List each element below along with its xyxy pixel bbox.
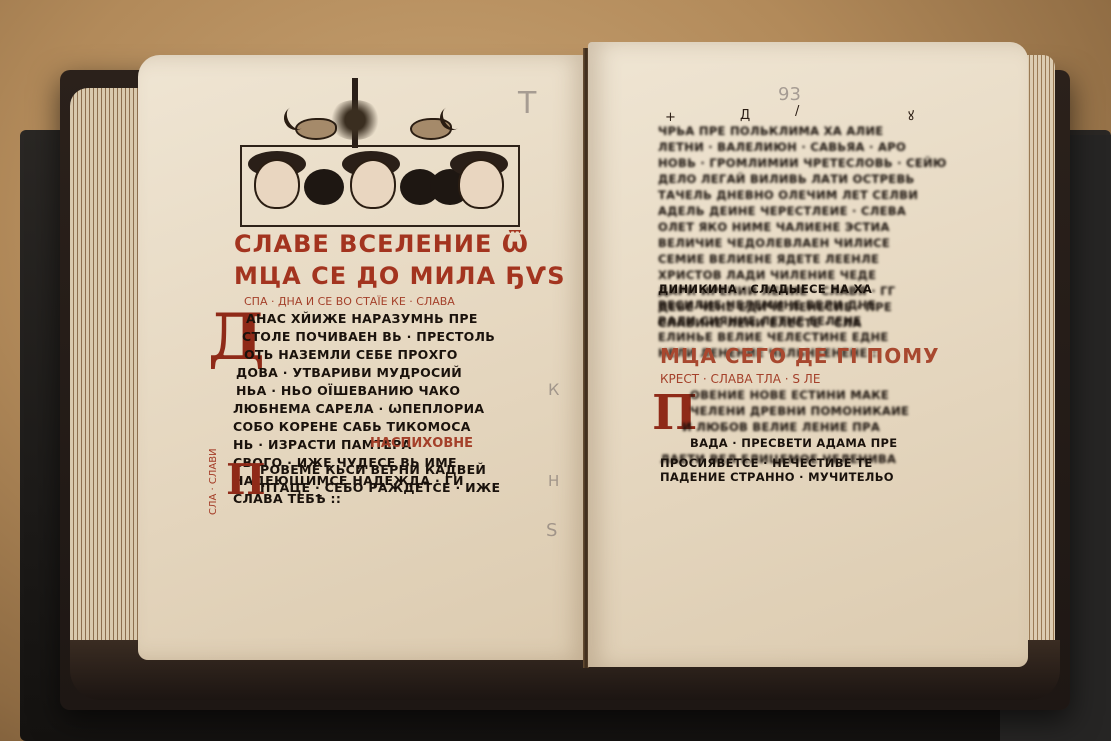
top-mark: +	[665, 110, 676, 125]
title-line: СЛАВЕ ВСЕЛЕНИЕ Ѿ	[234, 230, 529, 258]
top-mark: Д	[740, 108, 750, 123]
rubric-inline: НАСПИХОВНЕ	[370, 436, 473, 451]
text-line: НОВЬ · ГРОМЛИМИИ ЧРЕТЕСЛОВЬ · СЕЙЮ	[658, 156, 947, 170]
text-line: ЛЕТНИ · ВАЛЕЛИЮН · САВЬЯА · АРО	[658, 140, 906, 154]
text-line: ДОВА · УТВАРИВИ МУДРОСИЙ	[236, 365, 462, 380]
face-right-icon	[458, 159, 504, 209]
text-line: ЕЛИНЬЕ ВЕЛИЕ ЧЕЛЕСТИНЕ ЕДНЕ	[658, 330, 889, 344]
text-line: ТАЧЕЛЬ ДНЕВНО ОЛЕЧИМ ЛЕТ СЕЛВИ	[658, 188, 918, 202]
text-line: РОВЕМЕ КЬСИ ВЕРНИ КАДВЕЙ	[260, 462, 486, 477]
pencil-margin-letter: К	[548, 380, 559, 399]
text-line: АНАС ХЙИЖЕ НАРАЗУМНЬ ПРЕ	[246, 311, 478, 326]
text-line: ВЕСИЛИЕ ЧЕЛЕМИНЕ ВЕЛИ ДНЕ	[658, 298, 876, 312]
page-number: 93	[778, 84, 801, 105]
text-line: ОВЕНИЕ НОВЕ ЕСТИНИ МАКЕ	[690, 388, 889, 402]
text-line: ОЛЕТ ЯКО НИМЕ ЧАЛИЕНЕ ЭСТИА	[658, 220, 890, 234]
foliage-icon	[304, 169, 344, 205]
text-line: ХРИСТОВ ЛАДИ ЧИЛЕНИЕ ЧЕДЕ	[658, 268, 876, 282]
text-line: СТОЛЕ ПОЧИВАЕН ВЬ · ПРЕСТОЛЬ	[242, 329, 495, 344]
text-line: АДЕЛЬ ДЕИНЕ ЧЕРЕСТЛЕИЕ · СЛЕВА	[658, 204, 906, 218]
text-line: ПТАЦЕ · СЕБО РАЖДЕТСЕ · ИЖЕ	[260, 480, 500, 495]
text-line: ПРОСИЯВЕТСЕ · НЕЧЕСТИВЕ ТЕ	[660, 456, 873, 470]
pencil-margin-letter: Н	[548, 472, 559, 490]
text-line: ЛЮБНЕМА САРЕЛА · ѠПЕПЛОРИА	[233, 401, 484, 416]
rubric-line: СПА · ДНА И СЕ ВО СТАЇЕ КЕ · СЛАВА	[244, 295, 455, 308]
pencil-mark: Т	[518, 86, 536, 121]
title-line: МЦА СЕ ДО МИЛА ҔѴЅ	[234, 262, 566, 290]
text-line: ОТЬ НАЗЕМЛИ СЕБЕ ПРОХГО	[244, 347, 458, 362]
text-line: ЧРЬА ПРЕ ПОЛЬКЛИМА ХА АЛИЕ	[658, 124, 883, 138]
text-line: ВЕЛИЧИЕ ЧЕДОЛЕВЛАЕН ЧИЛИСЕ	[658, 236, 890, 250]
margin-note: СЛА · СЛАВИ	[208, 448, 219, 515]
rubric-line: КРЕСТ · СЛАВА ТЛА · Ѕ ЛЕ	[660, 372, 820, 386]
pencil-margin-letter: Ѕ	[546, 520, 557, 541]
text-line: ДИНИКИНА · СЛАДЫЕСЕ НА ХА	[658, 282, 872, 296]
title-line: МЦА СЕГО ДЕ ГІ ПОМУ	[660, 344, 940, 368]
text-line: ВАДА · ПРЕСВЕТИ АДАМА ПРЕ	[690, 436, 897, 450]
face-left-icon	[254, 159, 300, 209]
tree-ornament-icon	[352, 78, 358, 148]
face-center-icon	[350, 159, 396, 209]
text-line: ДЕЛО ЛЕГАЙ ВИЛИВЬ ЛАТИ ОСТРЕВЬ	[658, 172, 915, 186]
top-mark: /	[795, 104, 799, 119]
text-line: И ЛЮБОВ ВЕЛИЕ ЛЕНИЕ ПРА	[682, 420, 880, 434]
text-line: ПАДЕНИЕ СТРАННО · МУЧИТЕЛЬО	[660, 470, 894, 484]
text-line: НЬА · НЬО ОЇШЕВАНИЮ ЧАКО	[236, 383, 460, 398]
headpiece-frame	[240, 145, 520, 227]
top-mark: ꙋ	[908, 106, 914, 124]
text-line: СОБО КОРЕНЕ САБЬ ТИКОМОСА	[233, 419, 471, 434]
text-line: ВАЛИ СИЯНИЕ ЛЕТНЕ ЕЕЛЕНЕ	[658, 314, 861, 328]
text-line: СЕМИЕ ВЕЛИЕНЕ ЯДЕТЕ ЛЕЕНЛЕ	[658, 252, 879, 266]
text-line: ЧЕЛЕНИ ДРЕВНИ ПОМОНИКАИЕ	[690, 404, 909, 418]
